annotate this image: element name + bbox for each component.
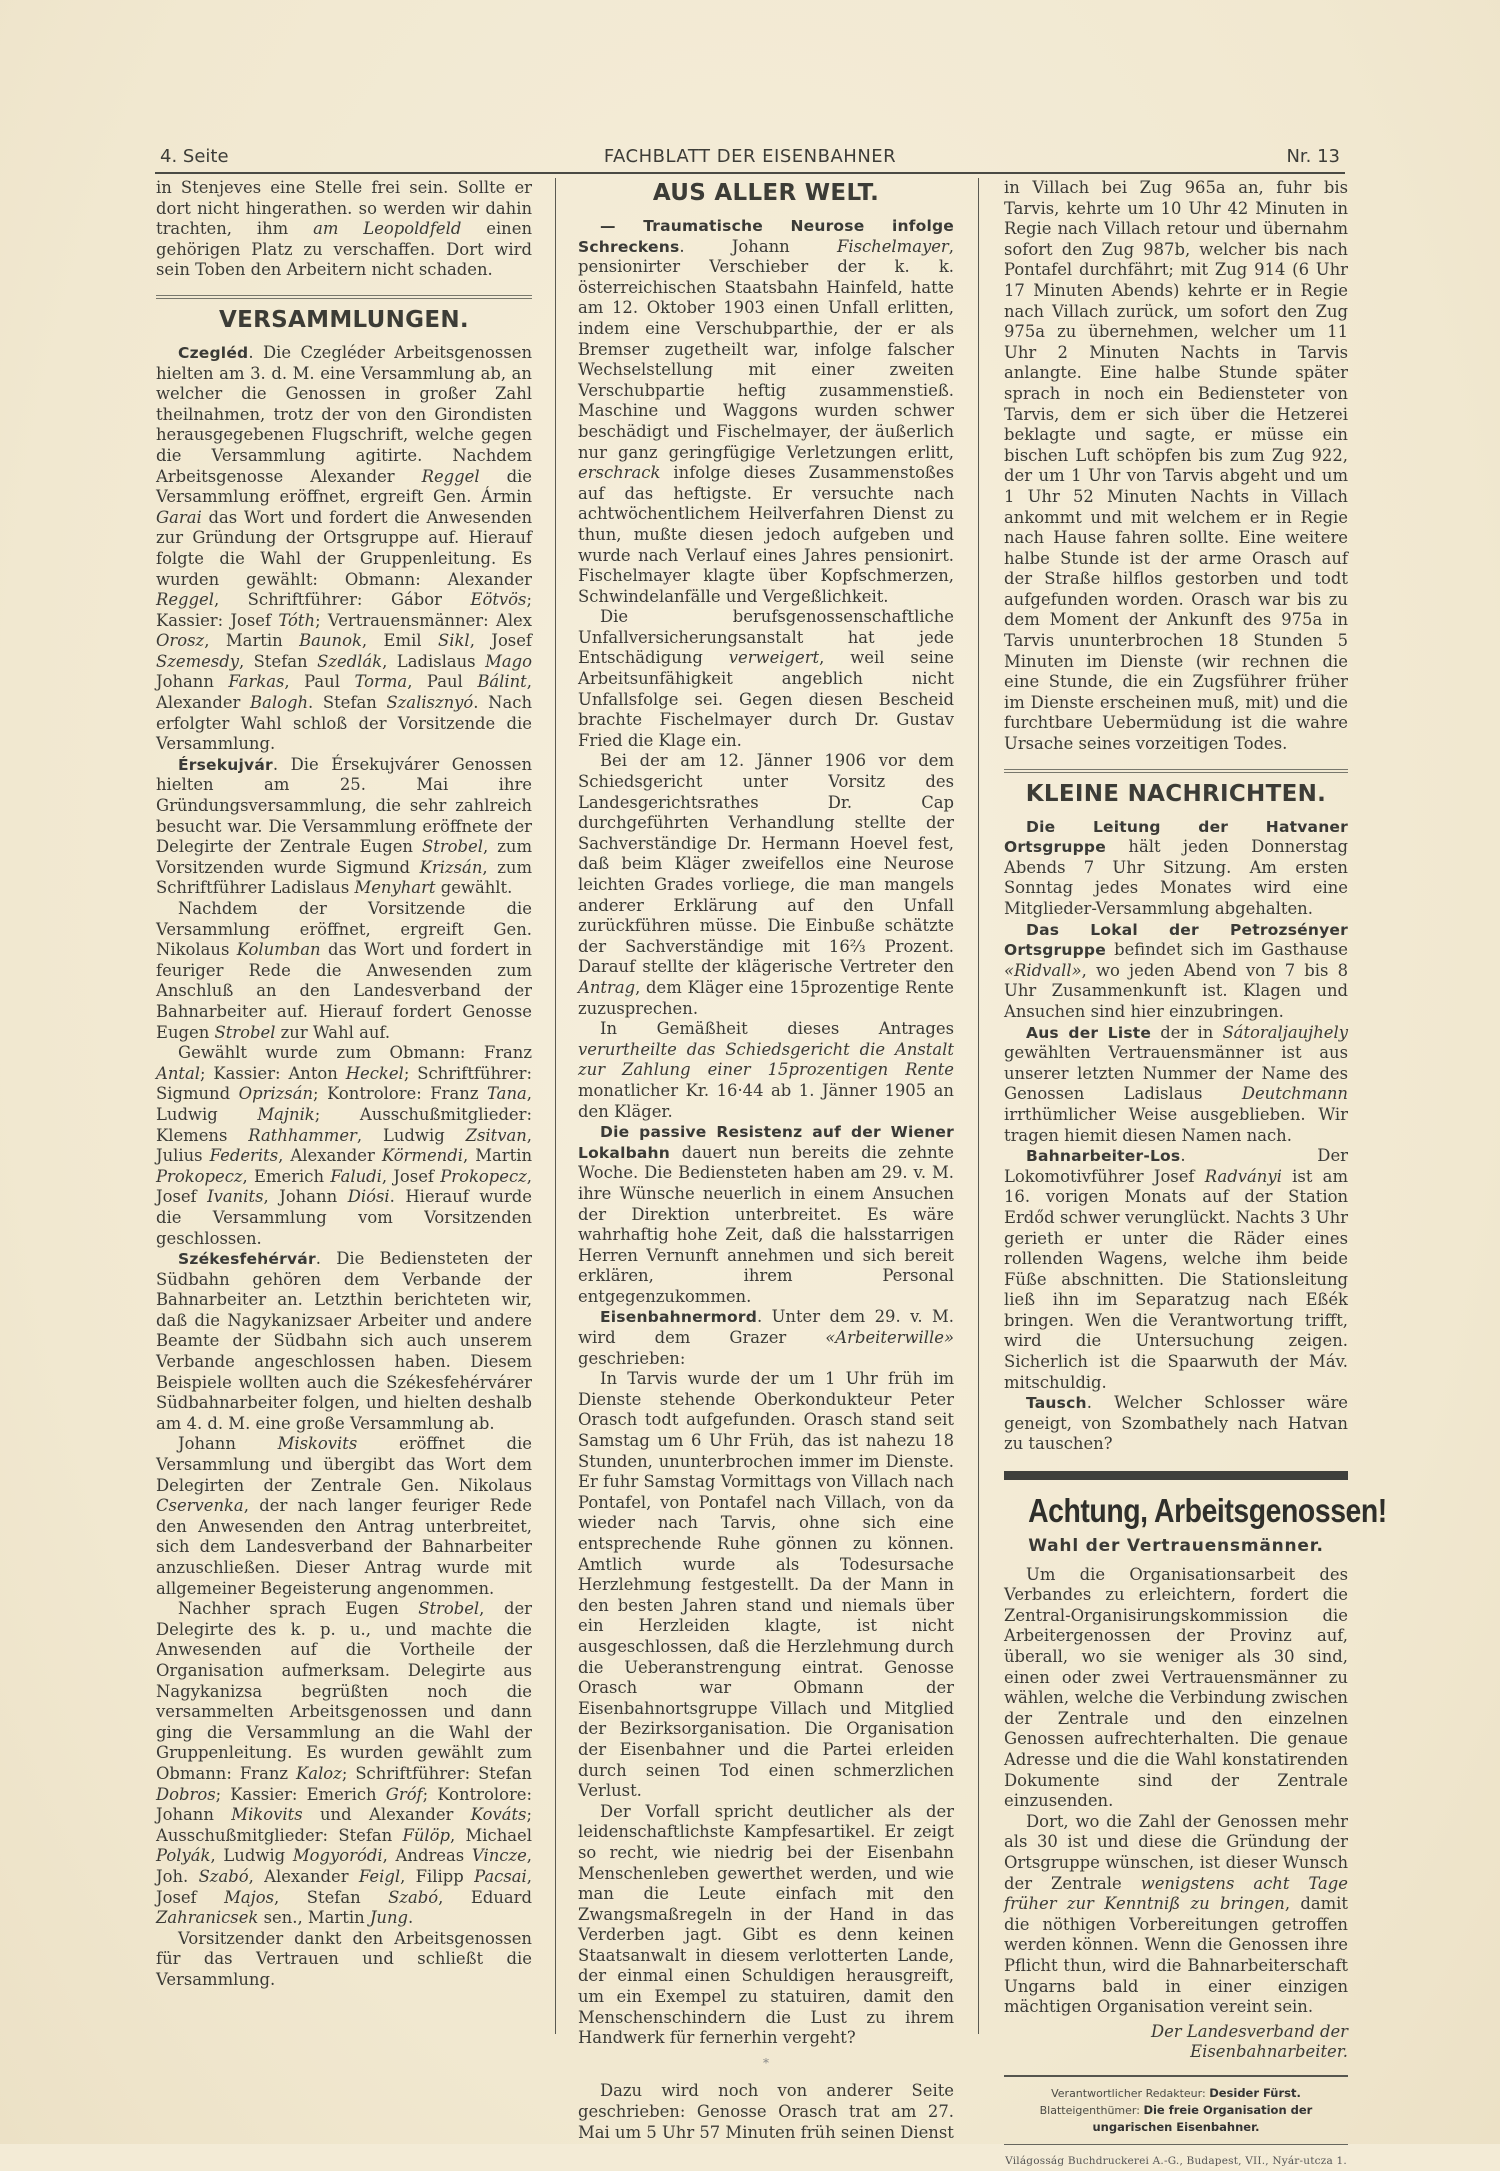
paragraph: Gewählt wurde zum Obmann: Franz Antal; K… <box>156 1043 532 1249</box>
paragraph: Vorsitzender dankt den Arbeitsgenossen f… <box>156 1929 532 1991</box>
owner-line: Blatteigenthümer: Die freie Organisation… <box>1004 2102 1348 2136</box>
paragraph: Die berufsgenossenschaftliche Unfallvers… <box>578 607 954 751</box>
paragraph: Dazu wird noch von anderer Seite geschri… <box>578 2081 954 2143</box>
imprint-rule <box>1004 2075 1348 2077</box>
paragraph: Nachher sprach Eugen Strobel, der Delegi… <box>156 1599 532 1929</box>
column-right: in Villach bei Zug 965a an, fuhr bis Tar… <box>1004 178 1348 2144</box>
paragraph: — Traumatische Neurose infolge Schrecken… <box>578 216 954 607</box>
paragraph: Johann Miskovits eröffnet die Versammlun… <box>156 1434 532 1599</box>
editor-label: Verantwortlicher Redakteur: <box>1051 2087 1206 2100</box>
section-rule <box>156 295 532 299</box>
paragraph: Tausch. Welcher Schlosser wäre geneigt, … <box>1004 1393 1348 1455</box>
page-header: 4. Seite FACHBLATT DER EISENBAHNER Nr. 1… <box>160 146 1340 170</box>
separator-asterisk: * <box>578 2053 954 2074</box>
notice-subtitle: Wahl der Vertrauensmänner. <box>1004 1536 1348 1557</box>
paragraph: Eisenbahnermord. Unter dem 29. v. M. wir… <box>578 1307 954 1369</box>
paragraph: Die Leitung der Hatvaner Ortsgruppe hält… <box>1004 817 1348 920</box>
column-left: in Stenjeves eine Stelle frei sein. Soll… <box>156 178 532 1990</box>
column-middle: AUS ALLER WELT. — Traumatische Neurose i… <box>578 178 954 2143</box>
owner-label: Blatteigenthümer: <box>1040 2104 1140 2117</box>
aus-aller-welt-articles: — Traumatische Neurose infolge Schrecken… <box>578 216 954 2049</box>
section-title-versammlungen: VERSAMMLUNGEN. <box>156 305 532 335</box>
paragraph: Czegléd. Die Czegléder Arbeitsgenossen h… <box>156 343 532 755</box>
editor-name: Desider Fürst. <box>1209 2086 1301 2100</box>
editor-line: Verantwortlicher Redakteur: Desider Fürs… <box>1004 2085 1348 2102</box>
section-title-kleine-nachrichten: KLEINE NACHRICHTEN. <box>1004 779 1348 809</box>
paragraph: Nachdem der Vorsitzende die Versammlung … <box>156 899 532 1043</box>
article-continuation: in Stenjeves eine Stelle frei sein. Soll… <box>156 178 532 281</box>
paragraph: Székesfehérvár. Die Bediensteten der Süd… <box>156 1249 532 1434</box>
article-continuation: in Villach bei Zug 965a an, fuhr bis Tar… <box>1004 178 1348 755</box>
section-title-aus-aller-welt: AUS ALLER WELT. <box>578 178 954 208</box>
versammlungen-articles: Czegléd. Die Czegléder Arbeitsgenossen h… <box>156 343 532 1991</box>
section-rule <box>1004 769 1348 773</box>
paragraph: Der Vorfall spricht deutlicher als der l… <box>578 1802 954 2049</box>
paragraph: Um die Organisationsarbeit des Verbandes… <box>1004 1565 1348 1812</box>
imprint: Verantwortlicher Redakteur: Desider Fürs… <box>1004 2085 1348 2136</box>
notice-bar <box>1004 1471 1348 1480</box>
paragraph: Das Lokal der Petrozsényer Ortsgruppe be… <box>1004 920 1348 1023</box>
column-divider <box>978 178 979 2034</box>
paragraph: Dort, wo die Zahl der Genossen mehr als … <box>1004 1812 1348 2018</box>
paragraph: In Gemäßheit dieses Antrages verurtheilt… <box>578 1019 954 1122</box>
issue-number: Nr. 13 <box>1286 146 1340 167</box>
paragraph: Aus der Liste der in Sátoraljaujhely gew… <box>1004 1023 1348 1147</box>
paragraph: Érsekujvár. Die Érsekujvárer Genossen hi… <box>156 755 532 899</box>
paragraph: Bei der am 12. Jänner 1906 vor dem Schie… <box>578 751 954 1019</box>
paragraph: Bahnarbeiter-Los. Der Lokomotivführer Jo… <box>1004 1146 1348 1393</box>
publication-title: FACHBLATT DER EISENBAHNER <box>160 146 1340 167</box>
column-divider <box>555 178 556 2034</box>
notice-headline: Achtung, Arbeitsgenossen! <box>1028 1492 1324 1530</box>
newspaper-page: 4. Seite FACHBLATT DER EISENBAHNER Nr. 1… <box>0 0 1500 2144</box>
paragraph: In Tarvis wurde der um 1 Uhr früh im Die… <box>578 1369 954 1801</box>
paragraph: Die passive Resistenz auf der Wiener Lok… <box>578 1122 954 1307</box>
header-rule <box>155 172 1345 174</box>
paragraph: in Villach bei Zug 965a an, fuhr bis Tar… <box>1004 178 1348 755</box>
notice-body: Um die Organisationsarbeit des Verbandes… <box>1004 1565 1348 2018</box>
kleine-nachrichten-articles: Die Leitung der Hatvaner Ortsgruppe hält… <box>1004 817 1348 1455</box>
article-addendum: Dazu wird noch von anderer Seite geschri… <box>578 2081 954 2143</box>
notice-signature: Der Landesverband der Eisenbahnarbeiter. <box>1004 2022 1348 2063</box>
